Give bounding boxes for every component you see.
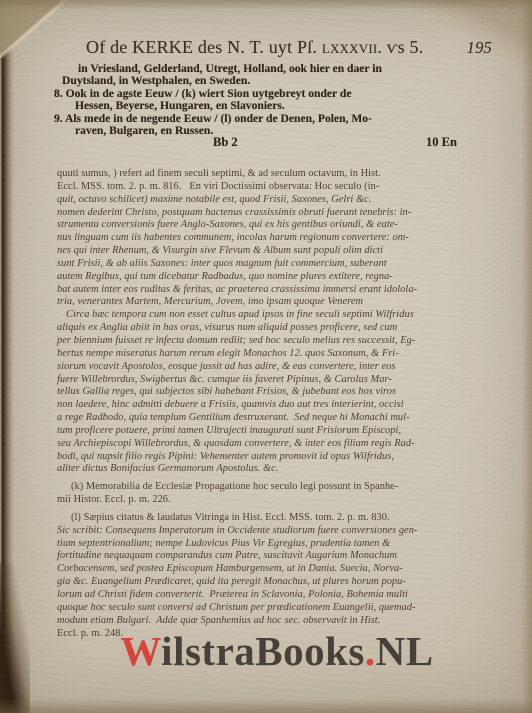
catchword: 10 En (426, 135, 457, 150)
book-page-photo: Of de KERKE des N. T. uyt Pſ. lxxxvii. ѵ… (0, 0, 532, 713)
page-edge-bottom (0, 699, 532, 713)
page-title: Of de KERKE des N. T. uyt Pſ. lxxxvii. ѵ… (86, 37, 423, 58)
page-edge-right (522, 0, 532, 713)
watermark-dot: . (365, 628, 376, 674)
footnote-l-quote: Sic scribit: Consequens Imperatorum in O… (57, 525, 481, 628)
page-title-text: Of de KERKE des N. T. uyt Pſ. (86, 37, 322, 57)
dutch-text-line: Duytsland, in Westphalen, en Sweden. (62, 75, 496, 87)
footnote-l-intro: (l) Sæpius citatus & laudatus Vitringa i… (57, 512, 481, 525)
latin-paragraph-1-roman: quuti sumus, ) refert ad finem seculi se… (57, 168, 481, 194)
seller-watermark: WilstraBooks.NL (11, 631, 532, 672)
watermark-middle: ilstraBooks (161, 628, 365, 674)
latin-paragraph-1-quote: quit, octavo schilicet) maxime notabile … (57, 194, 481, 310)
watermark-suffix: NL (376, 628, 434, 674)
running-header: Of de KERKE des N. T. uyt Pſ. lxxxvii. ѵ… (60, 37, 492, 58)
latin-annotation-section: quuti sumus, ) refert ad finem seculi se… (57, 168, 481, 640)
page-number: 195 (467, 38, 492, 58)
watermark-letter-w: W (120, 628, 161, 674)
signature-mark: Bb 2 (213, 135, 238, 150)
page-edge-top (0, 0, 532, 10)
psalm-number: lxxxvii. (322, 37, 382, 57)
signature-row: Bb 2 10 En (0, 135, 532, 149)
footnote-k: (k) Memorabilia de Ecclesiæ Propagatione… (57, 481, 481, 507)
dutch-summary-section: in Vriesland, Gelderland, Utregt, Hollan… (62, 63, 496, 137)
dutch-text-line: Hessen, Beyerse, Hungaren, en Slavoniers… (62, 100, 496, 112)
verse-number: ѵs 5. (382, 37, 423, 57)
latin-paragraph-2: Circa hæc tempora cum non esset cultus a… (57, 309, 481, 476)
